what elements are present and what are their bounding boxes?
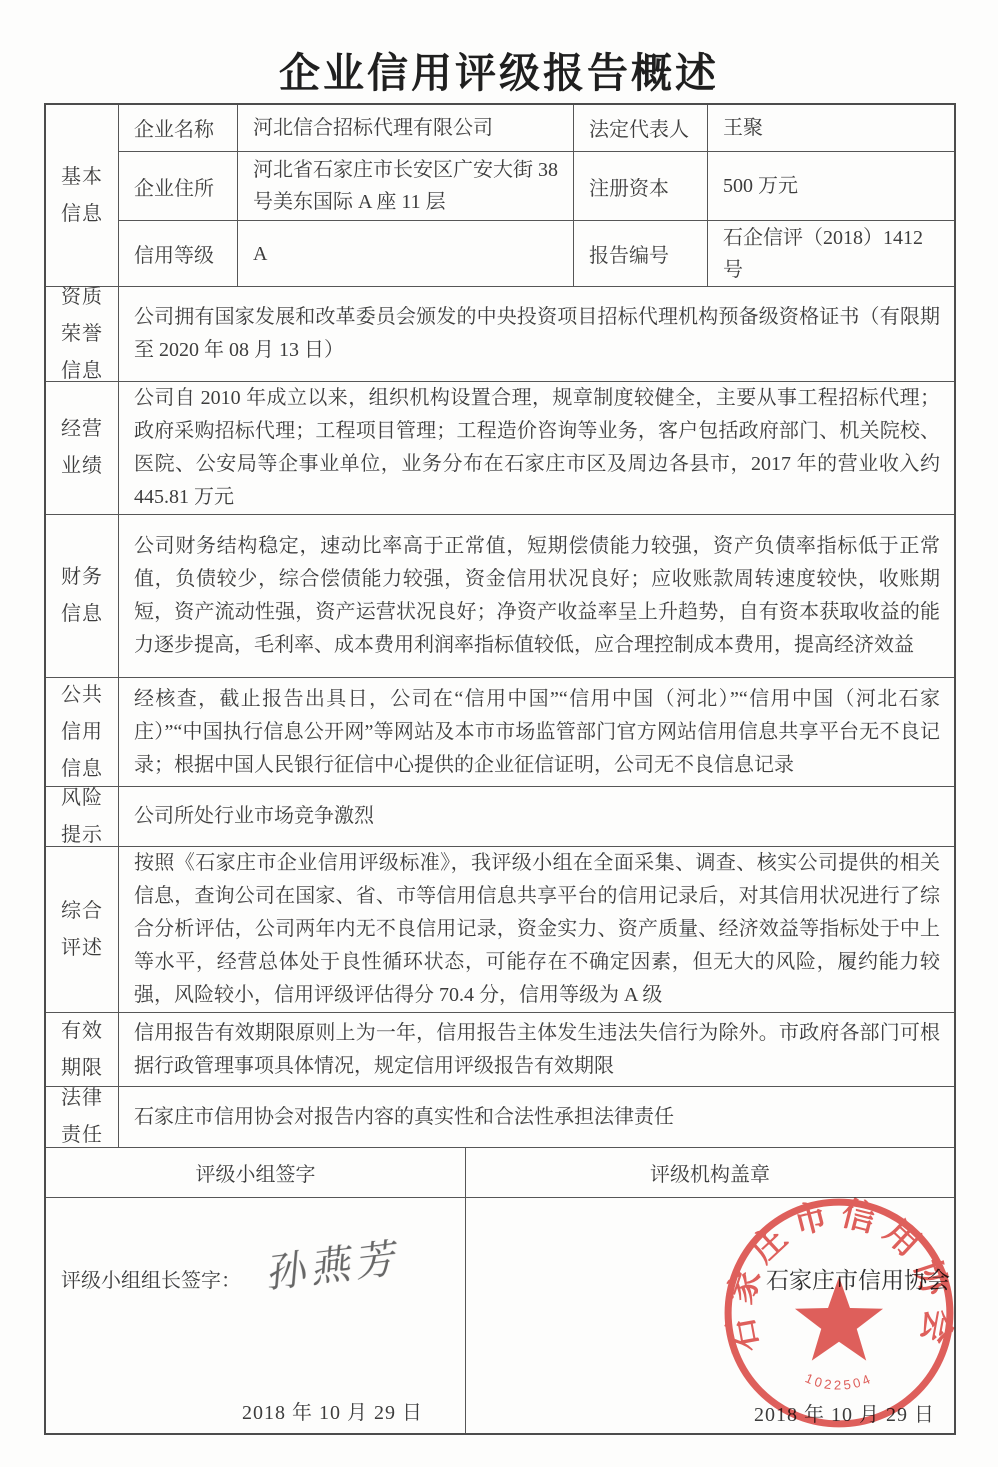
value-report-number: 石企信评（2018）1412 号 [708,221,954,286]
field-label-legal-rep: 法定代表人 [574,105,708,151]
section-content-performance: 公司自 2010 年成立以来，组织机构设置合理，规章制度较健全，主要从事工程招标… [119,382,954,514]
seal-star-icon [795,1277,883,1361]
section-row-validity: 有效期限 信用报告有效期限原则上为一年，信用报告主体发生违法失信行为除外。市政府… [46,1013,954,1087]
section-label-financial: 财务信息 [46,515,119,677]
basic-row-2: 企业住所 河北省石家庄市长安区广安大街 38 号美东国际 A 座 11 层 注册… [119,152,954,222]
value-legal-rep: 王聚 [708,105,954,151]
section-row-qualification: 资质荣誉信息 公司拥有国家发展和改革委员会颁发的中央投资项目招标代理机构预备级资… [46,287,954,382]
section-label-basic: 基本信息 [46,105,119,286]
section-label-summary: 综合评述 [46,847,119,1012]
value-registered-capital: 500 万元 [708,152,954,221]
section-row-legal: 法律责任 石家庄市信用协会对报告内容的真实性和合法性承担法律责任 [46,1087,954,1148]
page-title: 企业信用评级报告概述 [0,40,998,99]
section-content-financial: 公司财务结构稳定，速动比率高于正常值，短期偿债能力较强，资产负债率指标低于正常值… [119,515,954,677]
section-row-risk: 风险提示 公司所处行业市场竞争激烈 [46,787,954,847]
team-leader-signature-label: 评级小组组长签字： [61,1264,241,1293]
section-label-performance: 经营业绩 [46,382,119,514]
field-label-address: 企业住所 [119,152,238,221]
value-credit-rating: A [238,221,574,286]
section-content-validity: 信用报告有效期限原则上为一年，信用报告主体发生违法失信行为除外。市政府各部门可根… [119,1013,954,1086]
section-content-qualification: 公司拥有国家发展和改革委员会颁发的中央投资项目招标代理机构预备级资格证书（有限期… [119,287,954,381]
red-official-seal: 石家庄市信用协会 13102250430 [716,1190,962,1436]
signature-date: 2018 年 10 月 29 日 [242,1396,423,1425]
report-page: 企业信用评级报告概述 基本信息 企业名称 河北信合招标代理有限公司 法定代表人 … [0,0,998,1467]
basic-row-1: 企业名称 河北信合招标代理有限公司 法定代表人 王聚 [119,105,954,152]
section-content-risk: 公司所处行业市场竞争激烈 [119,787,954,846]
value-address: 河北省石家庄市长安区广安大街 38 号美东国际 A 座 11 层 [238,152,574,221]
field-label-credit-rating: 信用等级 [119,221,238,286]
section-content-summary: 按照《石家庄市企业信用评级标准》，我评级小组在全面采集、调查、核实公司提供的相关… [119,847,954,1012]
section-label-risk: 风险提示 [46,787,119,846]
field-label-report-number: 报告编号 [574,221,708,286]
agency-stamp-cell: 石家庄市信用协会 2018 年 10 月 29 日 石家庄市信用协会 13102… [466,1198,954,1433]
signature-content-row: 评级小组组长签字： 孙燕芳 2018 年 10 月 29 日 石家庄市信用协会 … [46,1198,954,1433]
section-label-public-credit: 公共信用信息 [46,678,119,786]
value-company-name: 河北信合招标代理有限公司 [238,105,574,151]
section-row-financial: 财务信息 公司财务结构稳定，速动比率高于正常值，短期偿债能力较强，资产负债率指标… [46,515,954,678]
field-label-company-name: 企业名称 [119,105,238,151]
field-label-registered-capital: 注册资本 [574,152,708,221]
basic-info-grid: 企业名称 河北信合招标代理有限公司 法定代表人 王聚 企业住所 河北省石家庄市长… [119,105,954,286]
section-content-legal: 石家庄市信用协会对报告内容的真实性和合法性承担法律责任 [119,1087,954,1147]
report-table: 基本信息 企业名称 河北信合招标代理有限公司 法定代表人 王聚 企业住所 河北省… [44,103,956,1435]
section-label-legal: 法律责任 [46,1087,119,1147]
section-row-public-credit: 公共信用信息 经核查，截止报告出具日，公司在“信用中国”“信用中国（河北）”“信… [46,678,954,787]
section-label-validity: 有效期限 [46,1013,119,1086]
left-signature-header: 评级小组签字 [46,1148,466,1197]
basic-row-3: 信用等级 A 报告编号 石企信评（2018）1412 号 [119,221,954,286]
section-row-performance: 经营业绩 公司自 2010 年成立以来，组织机构设置合理，规章制度较健全，主要从… [46,382,954,515]
section-row-basic-info: 基本信息 企业名称 河北信合招标代理有限公司 法定代表人 王聚 企业住所 河北省… [46,105,954,287]
section-label-qualification: 资质荣誉信息 [46,287,119,381]
section-content-public-credit: 经核查，截止报告出具日，公司在“信用中国”“信用中国（河北）”“信用中国（河北石… [119,678,954,786]
section-row-summary: 综合评述 按照《石家庄市企业信用评级标准》，我评级小组在全面采集、调查、核实公司… [46,847,954,1013]
handwritten-signature: 孙燕芳 [266,1225,405,1300]
team-signature-cell: 评级小组组长签字： 孙燕芳 2018 年 10 月 29 日 [46,1198,466,1433]
